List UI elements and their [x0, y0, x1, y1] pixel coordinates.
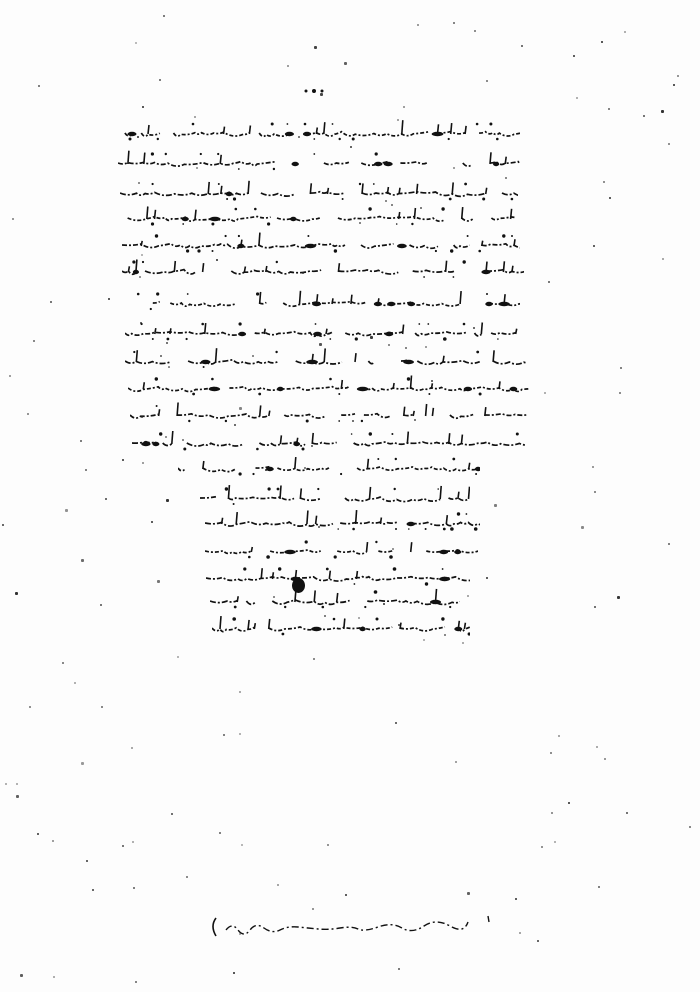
scan-speck	[100, 604, 102, 606]
scan-speck	[521, 45, 523, 47]
scan-speck	[596, 746, 598, 748]
scan-speck	[581, 526, 584, 529]
scan-speck	[444, 634, 446, 636]
scan-speck	[62, 662, 64, 664]
scan-speck	[27, 413, 29, 415]
scan-speck	[80, 440, 82, 442]
scan-speck	[131, 747, 133, 749]
scan-speck	[573, 55, 575, 57]
footer-note-text: ( نص حاشية غير مقروء )	[498, 908, 499, 909]
scan-speck	[81, 559, 84, 562]
scan-speck	[551, 812, 553, 814]
scan-speck	[370, 336, 373, 339]
manuscript-line	[200, 484, 470, 506]
scan-speck	[358, 617, 360, 619]
scan-speck	[576, 97, 578, 99]
scan-speck	[196, 167, 198, 169]
scan-speck	[405, 347, 407, 349]
manuscript-line	[212, 614, 470, 636]
scan-speck	[677, 75, 679, 77]
ink-blot	[292, 578, 305, 593]
scan-speck	[159, 79, 161, 81]
manuscript-line	[205, 537, 478, 559]
scan-speck	[318, 526, 320, 528]
manuscript-line	[206, 564, 470, 586]
scan-speck	[673, 84, 675, 86]
manuscript-line	[205, 509, 480, 531]
scan-speck	[592, 466, 594, 468]
scan-speck	[132, 841, 134, 843]
scan-speck	[140, 322, 142, 324]
manuscript-line	[118, 149, 520, 171]
scan-speck	[609, 197, 611, 199]
scan-speck	[122, 845, 124, 847]
scan-speck	[541, 846, 543, 848]
scan-speck	[391, 204, 393, 206]
scan-speck	[16, 783, 18, 785]
footer-note: ( نص حاشية غير مقروء )	[208, 908, 498, 942]
scan-speck	[620, 367, 622, 369]
scan-speck	[558, 735, 560, 737]
scan-speck	[314, 46, 317, 49]
scan-speck	[273, 596, 275, 598]
manuscript-line	[132, 429, 525, 451]
scan-speck	[163, 15, 165, 17]
scan-speck	[16, 795, 19, 798]
scan-speck	[171, 813, 173, 815]
scan-speck	[554, 841, 556, 843]
scan-speck	[38, 85, 40, 87]
scan-speck	[81, 762, 84, 765]
scan-speck	[313, 658, 315, 660]
scan-speck	[304, 467, 306, 469]
scan-speck	[142, 462, 144, 464]
scan-speck	[515, 898, 517, 900]
scan-speck	[601, 41, 603, 43]
scan-speck	[598, 886, 600, 888]
scan-speck	[403, 106, 405, 108]
scan-speck	[661, 110, 664, 113]
scan-speck	[548, 281, 550, 283]
scan-speck	[486, 80, 488, 82]
scan-speck	[662, 258, 664, 260]
scan-speck	[65, 509, 68, 512]
scan-speck	[593, 245, 595, 247]
scan-speck	[223, 734, 225, 736]
manuscript-line	[112, 119, 520, 141]
scan-speck	[241, 844, 243, 846]
scan-speck	[414, 419, 416, 421]
scan-speck	[165, 436, 167, 438]
manuscript-line	[120, 179, 518, 201]
scan-speck	[234, 424, 236, 426]
scan-speck	[2, 524, 4, 526]
manuscript-line	[118, 204, 515, 226]
manuscript-line	[128, 374, 530, 396]
scan-speck	[550, 752, 552, 754]
scan-speck	[544, 392, 546, 394]
scan-speck	[431, 380, 433, 382]
scan-speck	[311, 445, 313, 447]
scan-speck	[398, 968, 400, 970]
scan-speck	[53, 976, 55, 978]
manuscript-line	[125, 319, 522, 341]
scan-speck	[327, 844, 329, 846]
scan-speck	[643, 115, 645, 117]
scan-speck	[345, 894, 347, 896]
scan-speck	[473, 327, 475, 329]
scan-speck	[392, 548, 394, 550]
scan-speck	[462, 642, 464, 644]
scan-speck	[29, 706, 31, 708]
scan-speck	[397, 119, 399, 121]
scan-speck	[74, 682, 76, 684]
manuscript-line	[178, 454, 480, 476]
scan-speck	[398, 624, 400, 626]
scan-speck	[689, 826, 691, 828]
scan-speck	[239, 691, 241, 693]
scan-speck	[37, 833, 39, 835]
scan-speck	[298, 136, 300, 138]
scan-speck	[417, 24, 419, 26]
scan-speck	[139, 276, 141, 278]
scan-speck	[287, 65, 289, 67]
scan-speck	[194, 116, 196, 118]
scan-speck	[344, 62, 347, 65]
manuscript-line	[125, 347, 526, 369]
scan-speck	[467, 892, 470, 895]
scan-speck	[141, 254, 143, 256]
scan-speck	[182, 439, 184, 441]
scan-speck	[324, 615, 326, 617]
scan-speck	[20, 974, 23, 977]
scan-speck	[604, 758, 606, 760]
scan-speck	[455, 761, 457, 763]
scan-speck	[166, 499, 169, 502]
scan-speck	[594, 606, 596, 608]
scan-speck	[594, 491, 596, 493]
scan-speck	[141, 416, 143, 418]
scan-speck	[453, 22, 455, 24]
scan-speck	[157, 580, 160, 583]
scan-speck	[494, 504, 497, 507]
scan-speck	[319, 343, 322, 346]
scan-speck	[474, 30, 476, 32]
scan-speck	[50, 301, 52, 303]
scan-speck	[302, 272, 304, 274]
scan-speck	[12, 218, 14, 220]
scan-speck	[137, 136, 139, 138]
scan-speck	[453, 167, 455, 169]
manuscript-line	[122, 231, 520, 253]
scan-speck	[312, 908, 314, 910]
manuscript-page: -٢٠١- ( نص حاشية غير مقروء )	[0, 0, 700, 992]
scan-speck	[239, 407, 242, 410]
scan-speck	[85, 469, 87, 471]
scan-speck	[385, 200, 387, 202]
manuscript-line	[125, 289, 520, 311]
scan-speck	[166, 342, 168, 344]
scan-speck	[467, 595, 469, 597]
scan-speck	[216, 259, 218, 261]
scan-speck	[138, 182, 140, 184]
scan-speck	[108, 298, 110, 300]
scan-speck	[122, 459, 124, 461]
scan-speck	[86, 860, 88, 862]
scan-speck	[133, 887, 135, 889]
manuscript-line	[130, 401, 528, 423]
scan-speck	[135, 42, 137, 44]
scan-speck	[519, 932, 521, 934]
scan-speck	[320, 93, 323, 96]
scan-speck	[186, 876, 188, 878]
scan-speck	[239, 733, 241, 735]
scan-speck	[425, 346, 427, 348]
scan-speck	[608, 108, 610, 110]
page-number-text: -٢٠١-	[330, 80, 331, 81]
page-number-mark: -٢٠١-	[300, 80, 330, 88]
scan-speck	[135, 981, 137, 983]
scan-speck	[219, 832, 221, 834]
scan-speck	[239, 933, 241, 935]
scan-speck	[160, 355, 162, 357]
scan-speck	[233, 972, 235, 974]
scan-speck	[5, 783, 7, 785]
scan-speck	[619, 392, 621, 394]
scan-speck	[151, 521, 153, 523]
scan-speck	[252, 355, 254, 357]
scan-speck	[359, 222, 361, 224]
scan-speck	[537, 940, 539, 942]
scan-speck	[15, 592, 18, 595]
scan-speck	[9, 375, 11, 377]
scan-speck	[105, 498, 107, 500]
scan-speck	[626, 812, 628, 814]
scan-speck	[350, 146, 352, 148]
scan-speck	[505, 177, 507, 179]
scan-speck	[568, 802, 570, 804]
scan-speck	[177, 656, 179, 658]
scan-speck	[617, 596, 620, 599]
scan-speck	[668, 543, 670, 545]
scan-speck	[395, 722, 397, 724]
scan-speck	[92, 889, 94, 891]
scan-speck	[142, 106, 144, 108]
scan-speck	[101, 706, 103, 708]
scan-speck	[624, 31, 626, 33]
scan-speck	[33, 340, 35, 342]
manuscript-line	[122, 257, 524, 279]
scan-speck	[420, 207, 422, 209]
scan-speck	[277, 884, 279, 886]
scan-speck	[668, 143, 670, 145]
scan-speck	[423, 639, 425, 641]
scan-speck	[603, 181, 605, 183]
scan-speck	[52, 840, 54, 842]
scan-speck	[388, 344, 390, 346]
scan-speck	[383, 603, 385, 605]
manuscript-line	[210, 587, 460, 609]
scan-speck	[265, 469, 267, 471]
scan-speck	[486, 577, 488, 579]
